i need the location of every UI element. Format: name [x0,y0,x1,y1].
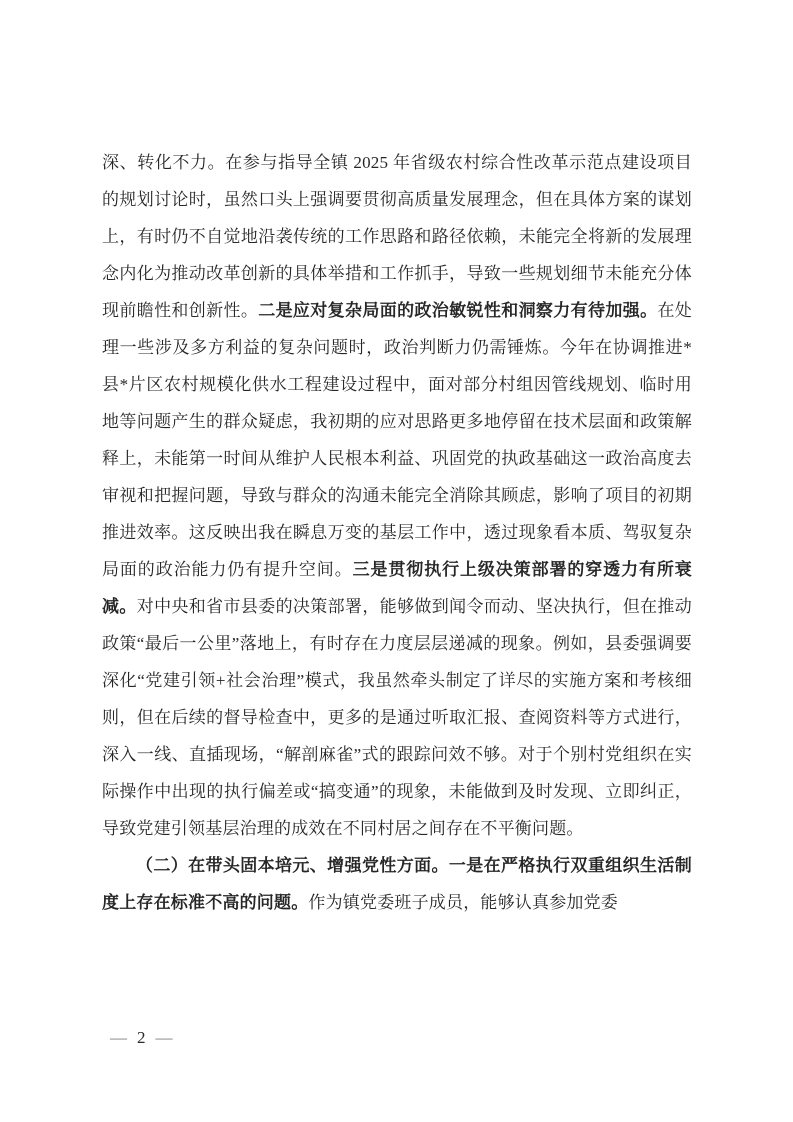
text-segment: 深、转化不力。在参与指导全镇 2025 年省级农村综合性改革示范点建设项目的规划… [102,153,692,320]
document-page: 深、转化不力。在参与指导全镇 2025 年省级农村综合性改革示范点建设项目的规划… [0,0,793,1122]
text-segment: 二是应对复杂局面的政治敏锐性和洞察力有待加强。 [258,301,657,320]
text-segment: 对中央和省市县委的决策部署，能够做到闻令而动、坚决执行，但在推动政策“最后一公里… [102,597,692,838]
text-segment: 作为镇党委班子成员，能够认真参加党委 [308,893,618,912]
paragraph: （二）在带头固本培元、增强党性方面。一是在严格执行双重组织生活制度上存在标准不高… [102,847,692,921]
paragraph: 深、转化不力。在参与指导全镇 2025 年省级农村综合性改革示范点建设项目的规划… [102,144,692,847]
footer-dash-left: — [110,1028,127,1047]
footer-dash-right: — [156,1028,173,1047]
footer-page-number: 2 [137,1028,146,1047]
document-body: 深、转化不力。在参与指导全镇 2025 年省级农村综合性改革示范点建设项目的规划… [102,144,692,921]
page-footer: —2— [110,1028,173,1048]
text-segment: 在处理一些涉及多方利益的复杂问题时，政治判断力仍需锤炼。今年在协调推进*县*片区… [102,301,692,579]
